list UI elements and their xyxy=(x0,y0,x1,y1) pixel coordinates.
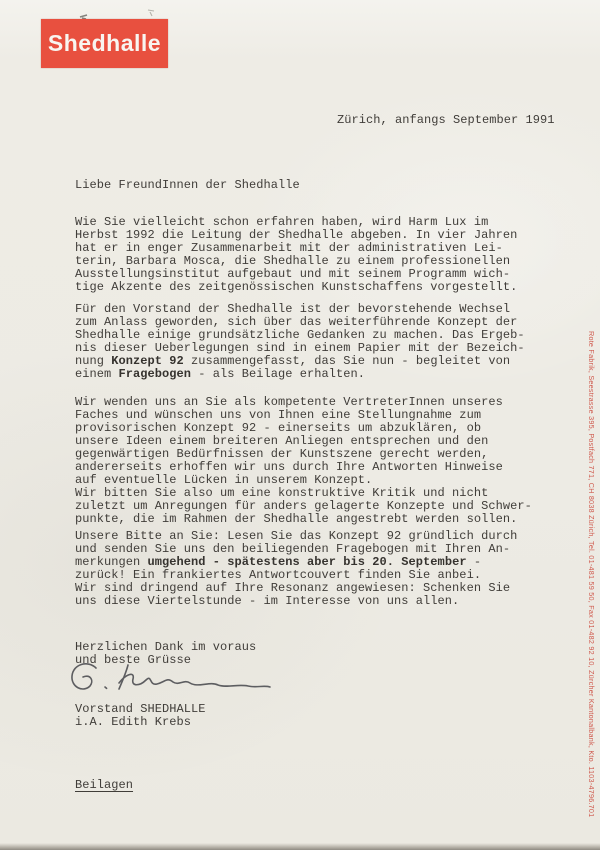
sender-info-vertical: Rote Fabrik, Seestrasse 395, Postfach 77… xyxy=(587,331,596,817)
date-line: Zürich, anfangs September 1991 xyxy=(337,114,555,127)
paragraph-2: Für den Vorstand der Shedhalle ist der b… xyxy=(75,303,525,381)
paragraph-4: Unsere Bitte an Sie: Lesen Sie das Konze… xyxy=(75,530,517,608)
logo-text: Shedhalle xyxy=(48,30,161,57)
signature-block: Vorstand SHEDHALLEi.A. Edith Krebs xyxy=(75,703,206,729)
paragraph-3: Wir wenden uns an Sie als kompetente Ver… xyxy=(75,396,532,526)
salutation: Liebe FreundInnen der Shedhalle xyxy=(75,179,300,192)
scan-bottom-edge xyxy=(0,843,600,850)
enclosures-label: Beilagen xyxy=(75,779,133,792)
handwritten-signature xyxy=(64,658,304,706)
paragraph-1: Wie Sie vielleicht schon erfahren haben,… xyxy=(75,216,517,294)
shedhalle-logo: Shedhalle xyxy=(41,19,168,68)
scanned-letter-page: Shedhalle Zürich, anfangs September 1991… xyxy=(0,0,600,850)
